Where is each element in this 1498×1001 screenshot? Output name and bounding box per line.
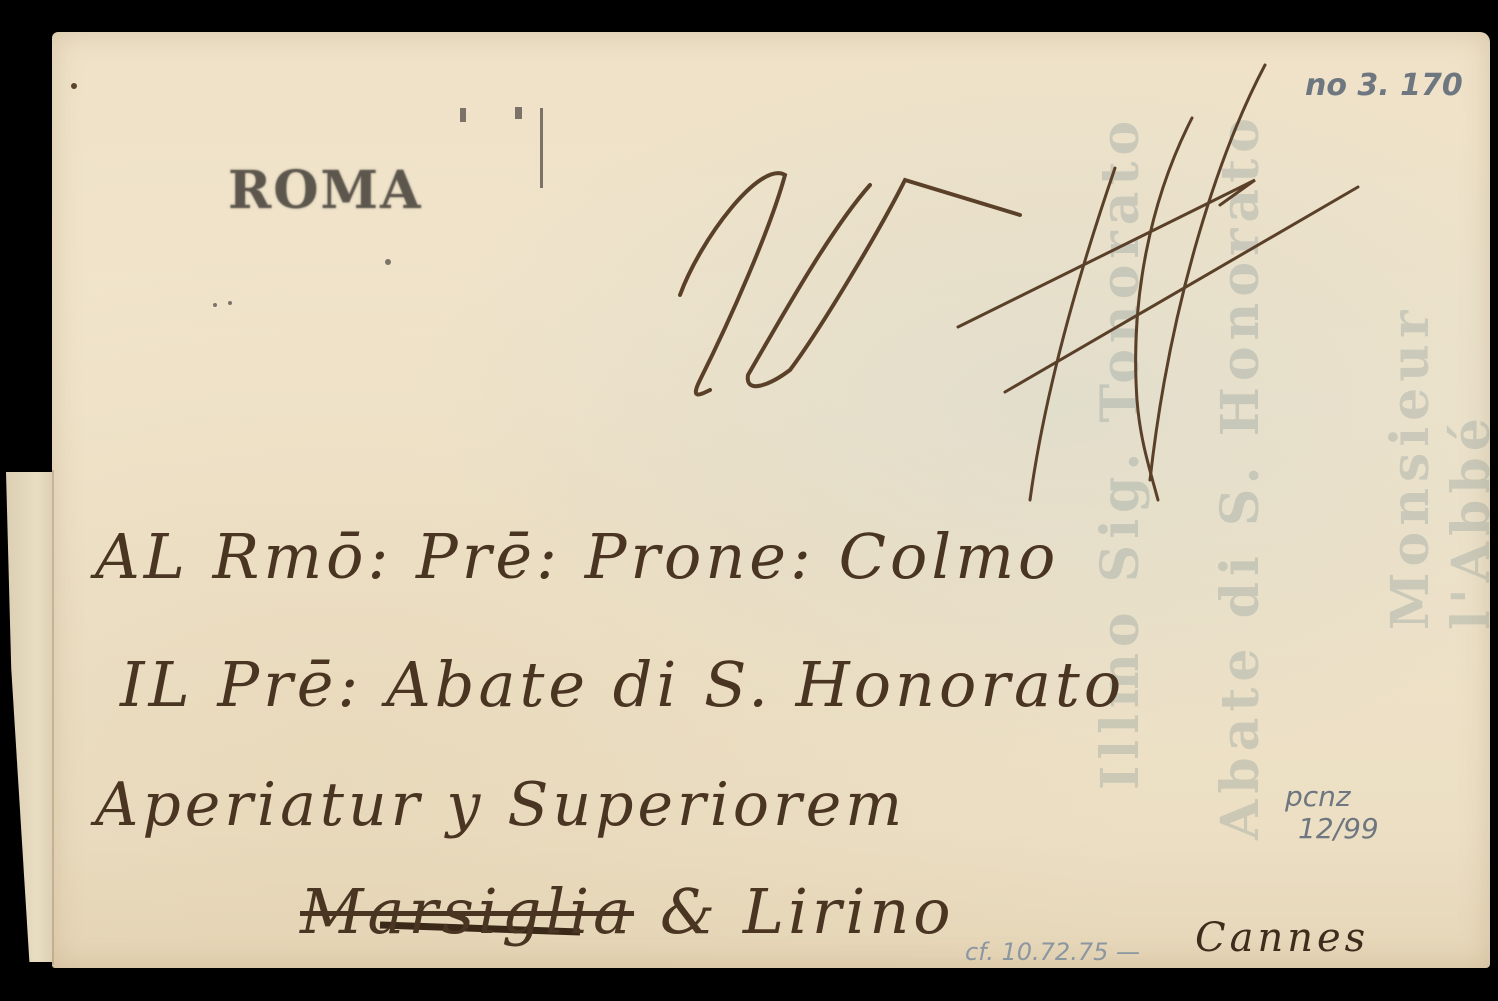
address-city: Cannes [1195, 915, 1369, 961]
address-line-1: AL Rmō: Prē: Prone: Colmo [95, 520, 1059, 593]
pencil-note-price-line2: 12/99 [1298, 812, 1379, 845]
crossed-numeral [958, 65, 1358, 500]
address-line-2: IL Prē: Abate di S. Honorato [120, 648, 1125, 721]
address-line-3: Aperiatur y Superiorem [95, 770, 906, 840]
pencil-note-reference: no 3. 170 [1305, 68, 1463, 103]
pencil-note-price-line1: pcnz [1285, 780, 1351, 813]
pencil-note-catalog: cf. 10.72.75 — [965, 938, 1140, 966]
address-line-4-struck: Marsiglia [300, 875, 634, 948]
large-numeral-ll [680, 173, 1020, 394]
stamp-fragments [213, 107, 543, 307]
rate-marks [0, 0, 1498, 1001]
address-line-4: & Lirino [660, 875, 955, 948]
